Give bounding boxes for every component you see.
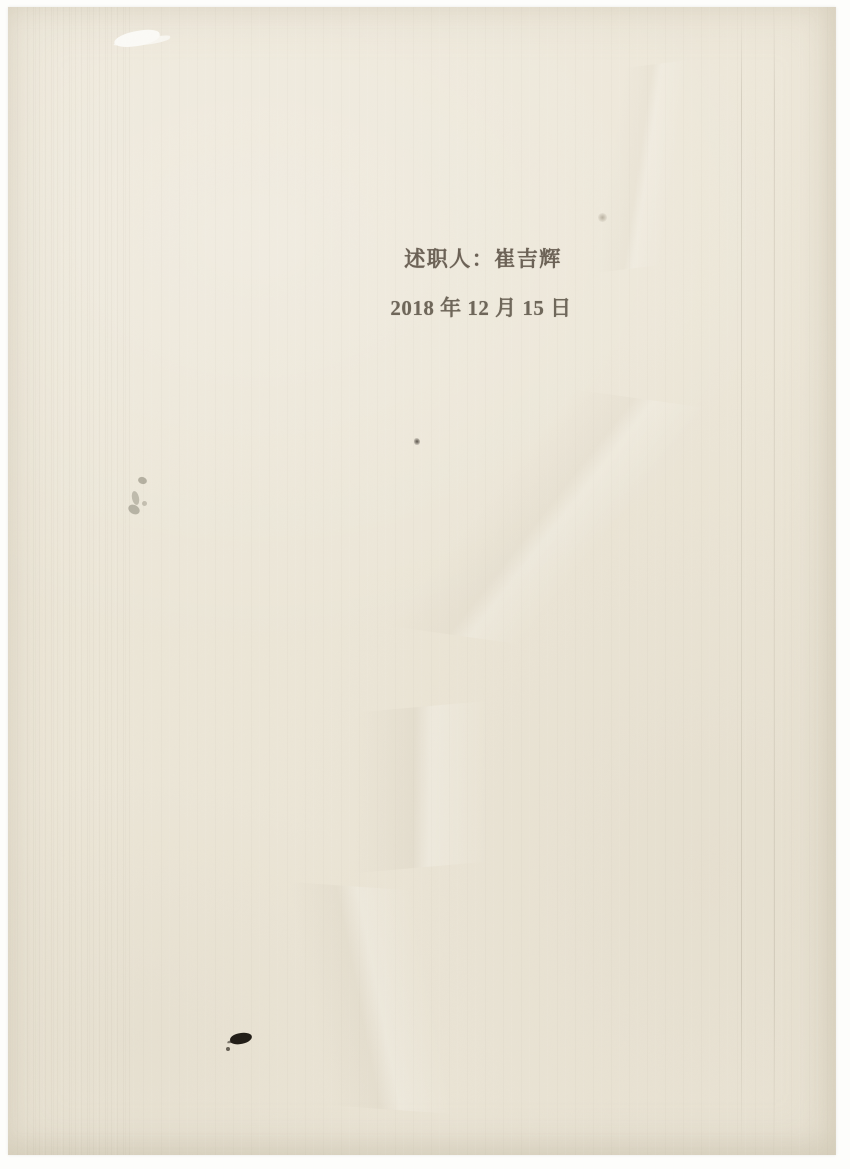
vertical-fold-line xyxy=(741,7,742,1155)
paper-sheet: 述职人：崔吉辉 2018 年 12 月 15 日 xyxy=(8,7,836,1155)
scanner-background: 述职人：崔吉辉 2018 年 12 月 15 日 xyxy=(0,0,850,1169)
dust-speck xyxy=(414,438,420,445)
reporter-name-line: 述职人：崔吉辉 xyxy=(404,243,562,273)
report-date-line: 2018 年 12 月 15 日 xyxy=(390,292,571,322)
ink-speck xyxy=(226,1047,230,1051)
paper-texture-striations xyxy=(8,7,836,1155)
left-margin-striations xyxy=(22,7,132,1155)
vertical-fold-line xyxy=(774,7,775,1155)
dust-speck xyxy=(598,213,607,222)
ink-smudge-stain xyxy=(124,475,158,527)
